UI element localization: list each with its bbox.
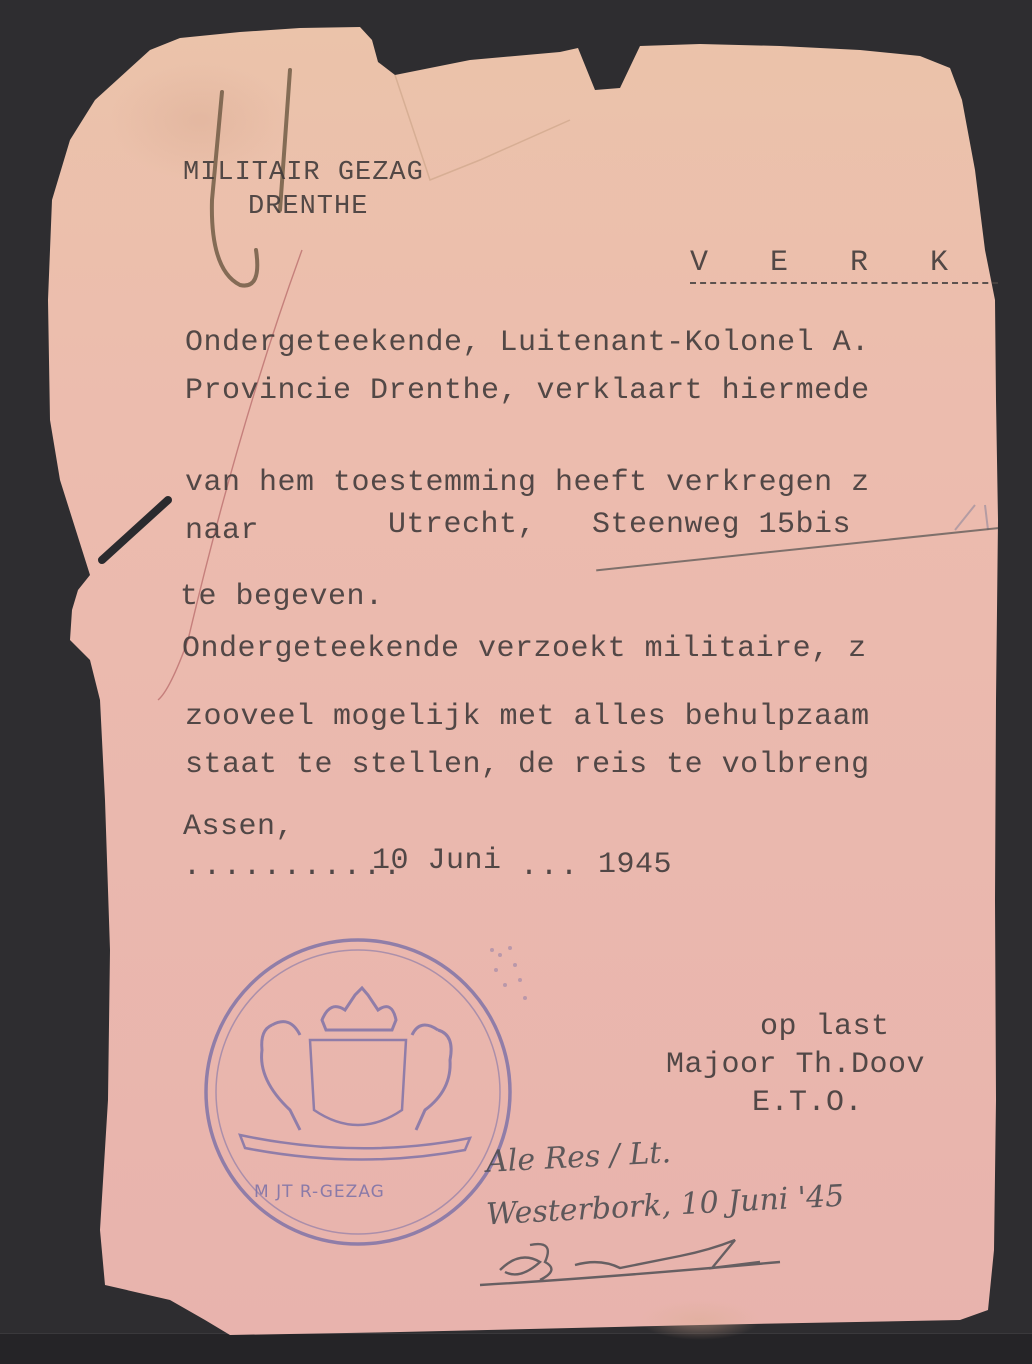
- signature-line-2: Majoor Th.Doov: [666, 1050, 925, 1080]
- signature-block: op last Majoor Th.Doov E.T.O.: [660, 1008, 998, 1128]
- header-line-1: MILITAIR GEZAG: [183, 160, 424, 187]
- body-line-begeven: te begeven.: [180, 582, 384, 612]
- body-line-3: van hem toestemming heeft verkregen z: [185, 468, 870, 498]
- body-line-journey: staat te stellen, de reis te volbreng: [185, 750, 870, 780]
- header-line-2: DRENTHE: [248, 194, 368, 221]
- body-line-naar: naar: [185, 516, 259, 546]
- title-clip: V E R K L A R: [680, 244, 998, 290]
- paper-stain: [640, 1300, 760, 1340]
- body-line-assist: zooveel mogelijk met alles behulpzaam: [185, 702, 870, 732]
- date-leader-left: ...........: [183, 852, 403, 882]
- destination-city: Utrecht,: [388, 510, 536, 540]
- stamp-label: M JT R-GEZAG: [254, 1182, 385, 1202]
- signature-line-3: E.T.O.: [752, 1088, 863, 1118]
- body-line-1: Ondergeteekende, Luitenant-Kolonel A.: [185, 328, 870, 358]
- place-text: Assen,: [183, 812, 294, 842]
- body-clip: Ondergeteekende, Luitenant-Kolonel A. Pr…: [180, 320, 998, 840]
- signature-line-1: op last: [760, 1012, 890, 1042]
- document-paper: MILITAIR GEZAG DRENTHE V E R K L A R Ond…: [0, 0, 1032, 1364]
- body-line-2: Provincie Drenthe, verklaart hiermede: [185, 376, 870, 406]
- date-day-month: 10 Juni: [372, 846, 502, 876]
- body-line-request: Ondergeteekende verzoekt militaire, z: [182, 634, 867, 664]
- date-leader-right: ...: [520, 852, 580, 882]
- document-title: V E R K L A R: [690, 248, 998, 284]
- destination-address-struck: Steenweg 15bis: [592, 510, 998, 540]
- date-year: 1945: [598, 850, 672, 880]
